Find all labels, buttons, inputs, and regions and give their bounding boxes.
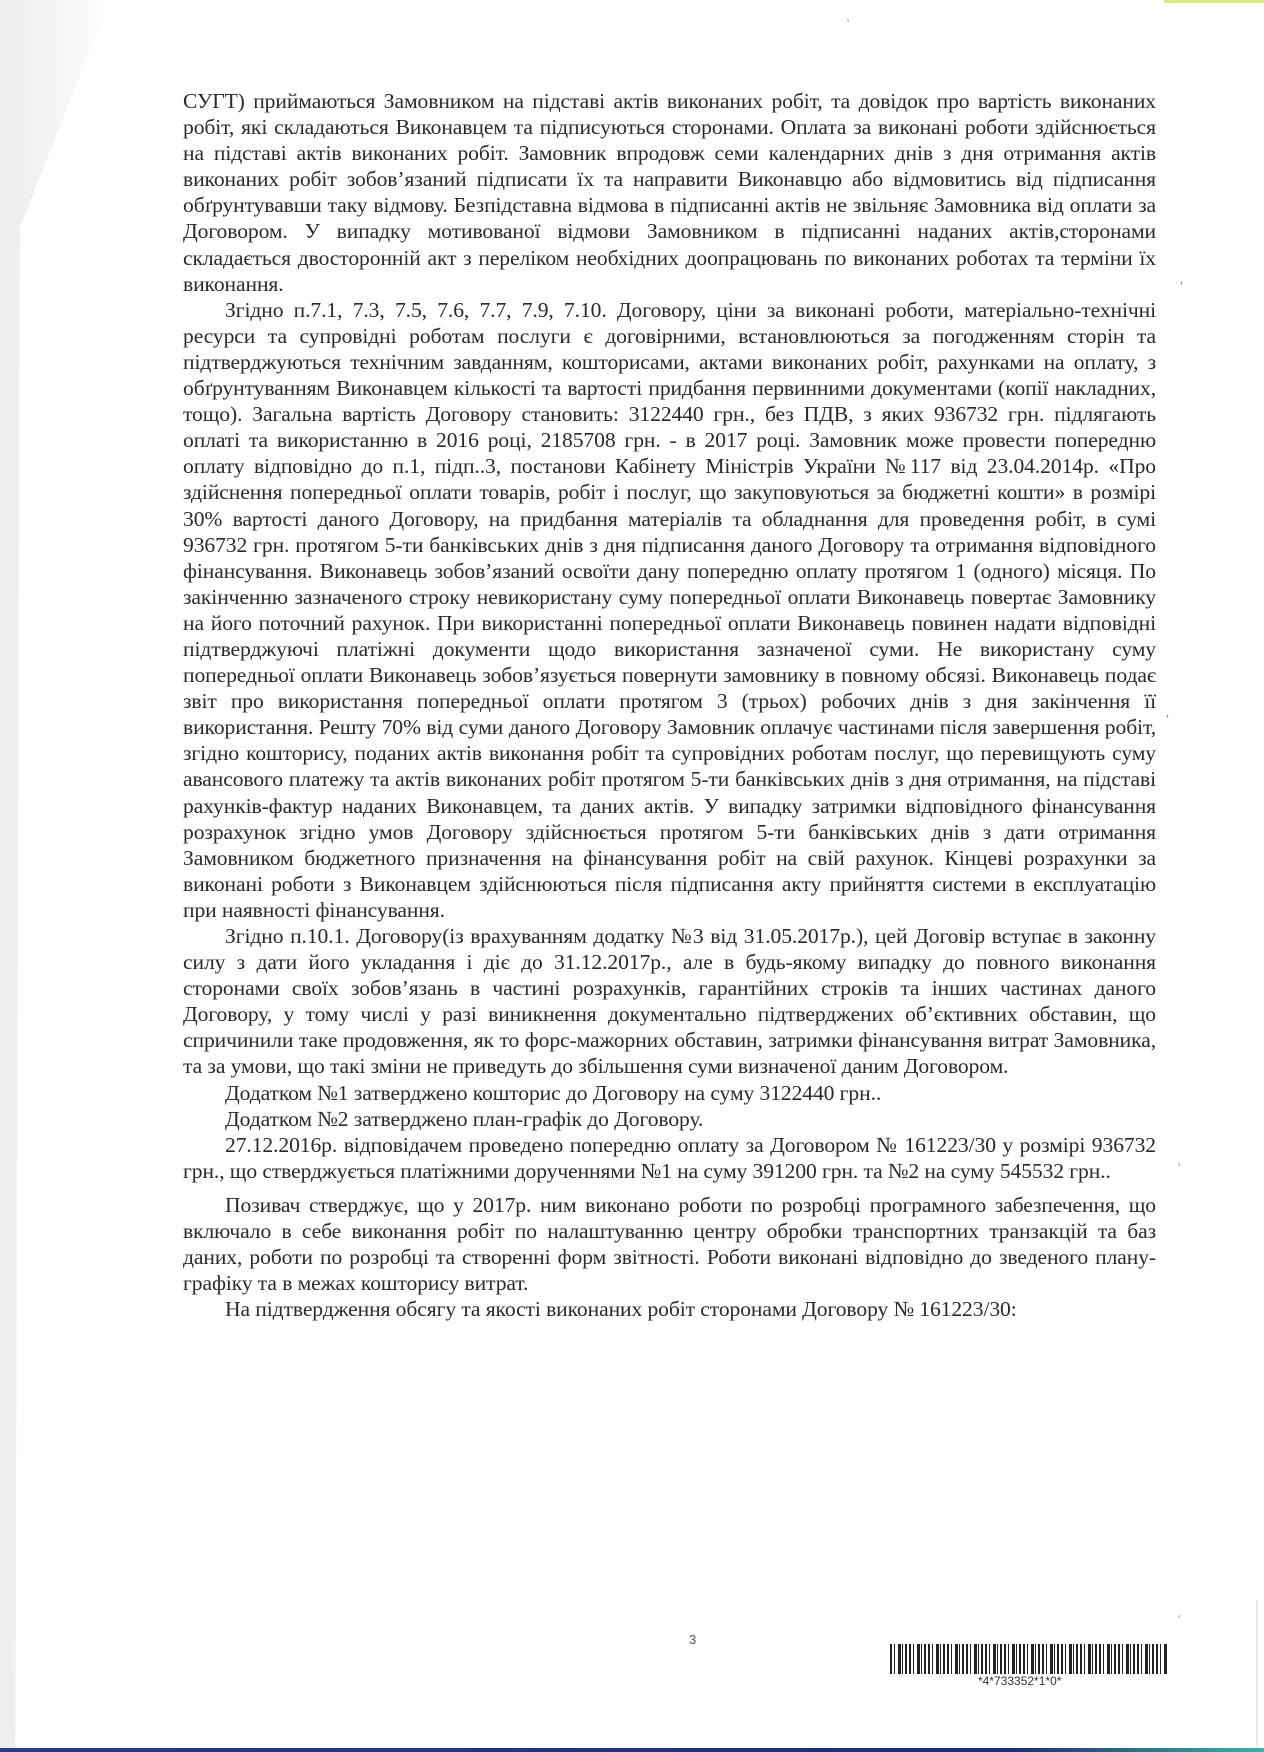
scan-speck: ' [1178,1160,1180,1175]
barcode-text: *4*733352*1*0* [978,1674,1061,1688]
paragraph-appendix-2: Додатком №2 затверджено план-графік до Д… [183,1106,1156,1132]
paragraph-pricing-and-payment: Згідно п.7.1, 7.3, 7.5, 7.6, 7.7, 7.9, 7… [183,297,1156,923]
paragraph-appendix-1: Додатком №1 затверджено кошторис до Дого… [183,1080,1156,1106]
paragraph-prepayment: 27.12.2016р. відповідачем проведено попе… [183,1132,1156,1184]
page-number: 3 [689,1632,696,1647]
paragraph-confirmation: На підтвердження обсягу та якості викона… [183,1296,1156,1322]
barcode [890,1644,1168,1674]
scan-speck: ' [847,16,849,31]
scan-corner-tint [1164,0,1264,3]
scan-speck: , [1166,705,1169,720]
scan-speck: ' [1178,1612,1180,1627]
scan-right-edge [1256,1600,1258,1752]
paragraph-plaintiff-claim: Позивач стверджує, що у 2017р. ним викон… [183,1192,1156,1296]
scan-bottom-edge [0,1748,1264,1752]
document-page: СУГТ) приймаються Замовником на підставі… [183,88,1156,1322]
scan-shadow [0,0,110,1752]
paragraph-contract-term: Згідно п.10.1. Договору(із врахуванням д… [183,923,1156,1080]
scan-speck: , [1180,272,1183,287]
paragraph-acceptance: СУГТ) приймаються Замовником на підставі… [183,88,1156,297]
